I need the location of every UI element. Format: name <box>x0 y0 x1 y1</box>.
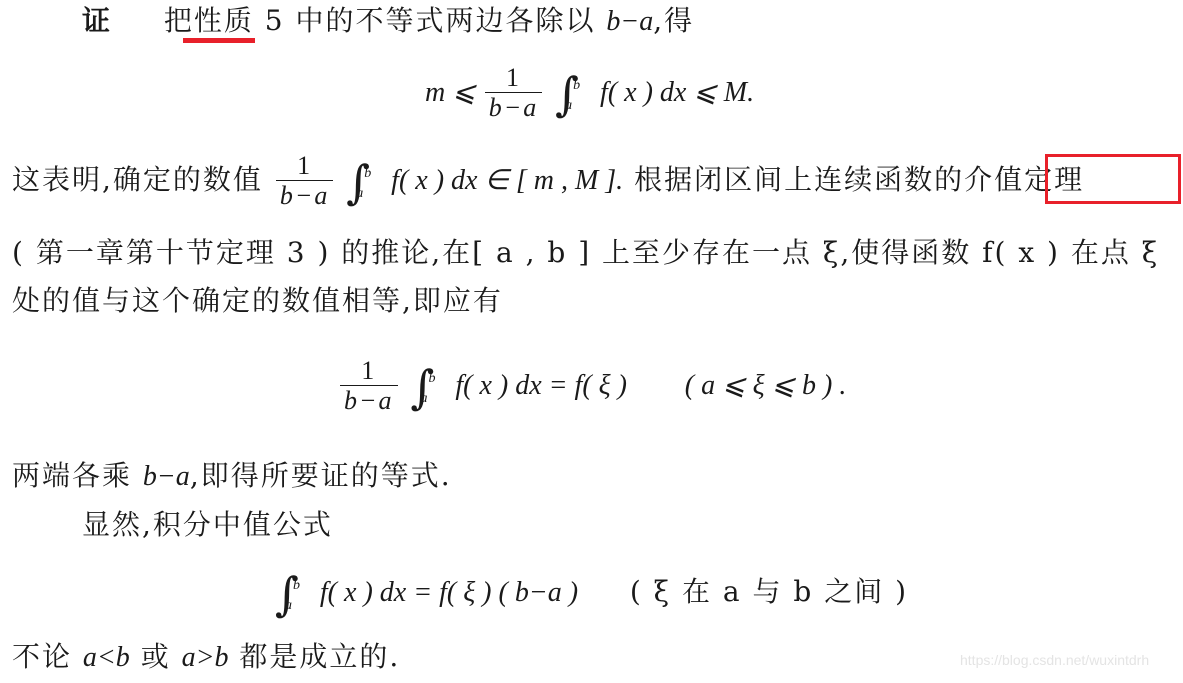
eq-left: m ⩽ <box>425 77 483 108</box>
text: 这表明,确定的数值 <box>12 163 263 196</box>
math-expr: f( x ) dx ∈ [ m , M ]. <box>391 165 623 196</box>
integral-sign: ∫ba <box>555 69 577 119</box>
proof-line-4: 处的值与这个确定的数值相等,即应有 <box>12 284 503 318</box>
equation-1: m ⩽ 1b−a ∫ba f( x ) dx ⩽ M. <box>425 62 754 123</box>
proof-line-5: 两端各乘 b−a,即得所要证的等式. <box>12 459 452 494</box>
text: 根据闭区间上连续函数的 <box>623 163 964 196</box>
text: ,得 <box>653 4 694 37</box>
text: ,即得所要证的等式. <box>190 459 452 492</box>
integral-sign: ∫ba <box>410 362 432 412</box>
fraction: 1b−a <box>340 357 398 416</box>
eq-condition: ( ξ 在 a 与 b 之间 ) <box>630 575 908 608</box>
math-expr: b−a <box>606 6 653 37</box>
text: 两端各乘 <box>12 459 143 492</box>
equation-3: ∫ba f( x ) dx = f( ξ ) ( b−a ) ( ξ 在 a 与… <box>275 562 908 623</box>
fraction: 1b−a <box>485 64 543 123</box>
text: 或 <box>130 640 182 673</box>
red-box-annotation <box>1045 154 1181 204</box>
math-expr: b−a <box>143 461 190 492</box>
proof-line-1: 证 把性质 5 中的不等式两边各除以 b−a,得 <box>82 4 694 39</box>
text: 把 <box>164 4 194 37</box>
watermark: https://blog.csdn.net/wuxintdrh <box>960 652 1149 668</box>
text: 都是成立的. <box>229 640 401 673</box>
eq-body: f( x ) dx ⩽ M. <box>600 77 754 108</box>
proof-line-3: ( 第一章第十节定理 3 ) 的推论,在[ a , b ] 上至少存在一点 ξ,… <box>12 236 1159 270</box>
math-expr: a<b <box>83 642 130 673</box>
eq-body: f( x ) dx = f( ξ ) <box>455 370 627 401</box>
proof-line-2: 这表明,确定的数值 1b−a ∫ba f( x ) dx ∈ [ m , M ]… <box>12 150 1084 211</box>
integral-sign: ∫ba <box>346 157 368 207</box>
proof-line-6: 显然,积分中值公式 <box>82 508 333 542</box>
property-ref: 性质 5 <box>194 4 285 37</box>
text: 不论 <box>12 640 83 673</box>
equation-2: 1b−a ∫ba f( x ) dx = f( ξ ) ( a ⩽ ξ ⩽ b … <box>338 355 846 416</box>
text: 中的不等式两边各除以 <box>285 4 607 37</box>
red-underline-annotation <box>183 38 255 43</box>
proof-line-7: 不论 a<b 或 a>b 都是成立的. <box>12 640 400 675</box>
integral-sign: ∫ba <box>275 569 297 619</box>
math-expr: a>b <box>182 642 229 673</box>
eq-body: f( x ) dx = f( ξ ) ( b−a ) <box>320 577 578 608</box>
fraction: 1b−a <box>276 152 334 211</box>
eq-condition: ( a ⩽ ξ ⩽ b ) . <box>685 370 847 401</box>
proof-label: 证 <box>82 4 112 37</box>
